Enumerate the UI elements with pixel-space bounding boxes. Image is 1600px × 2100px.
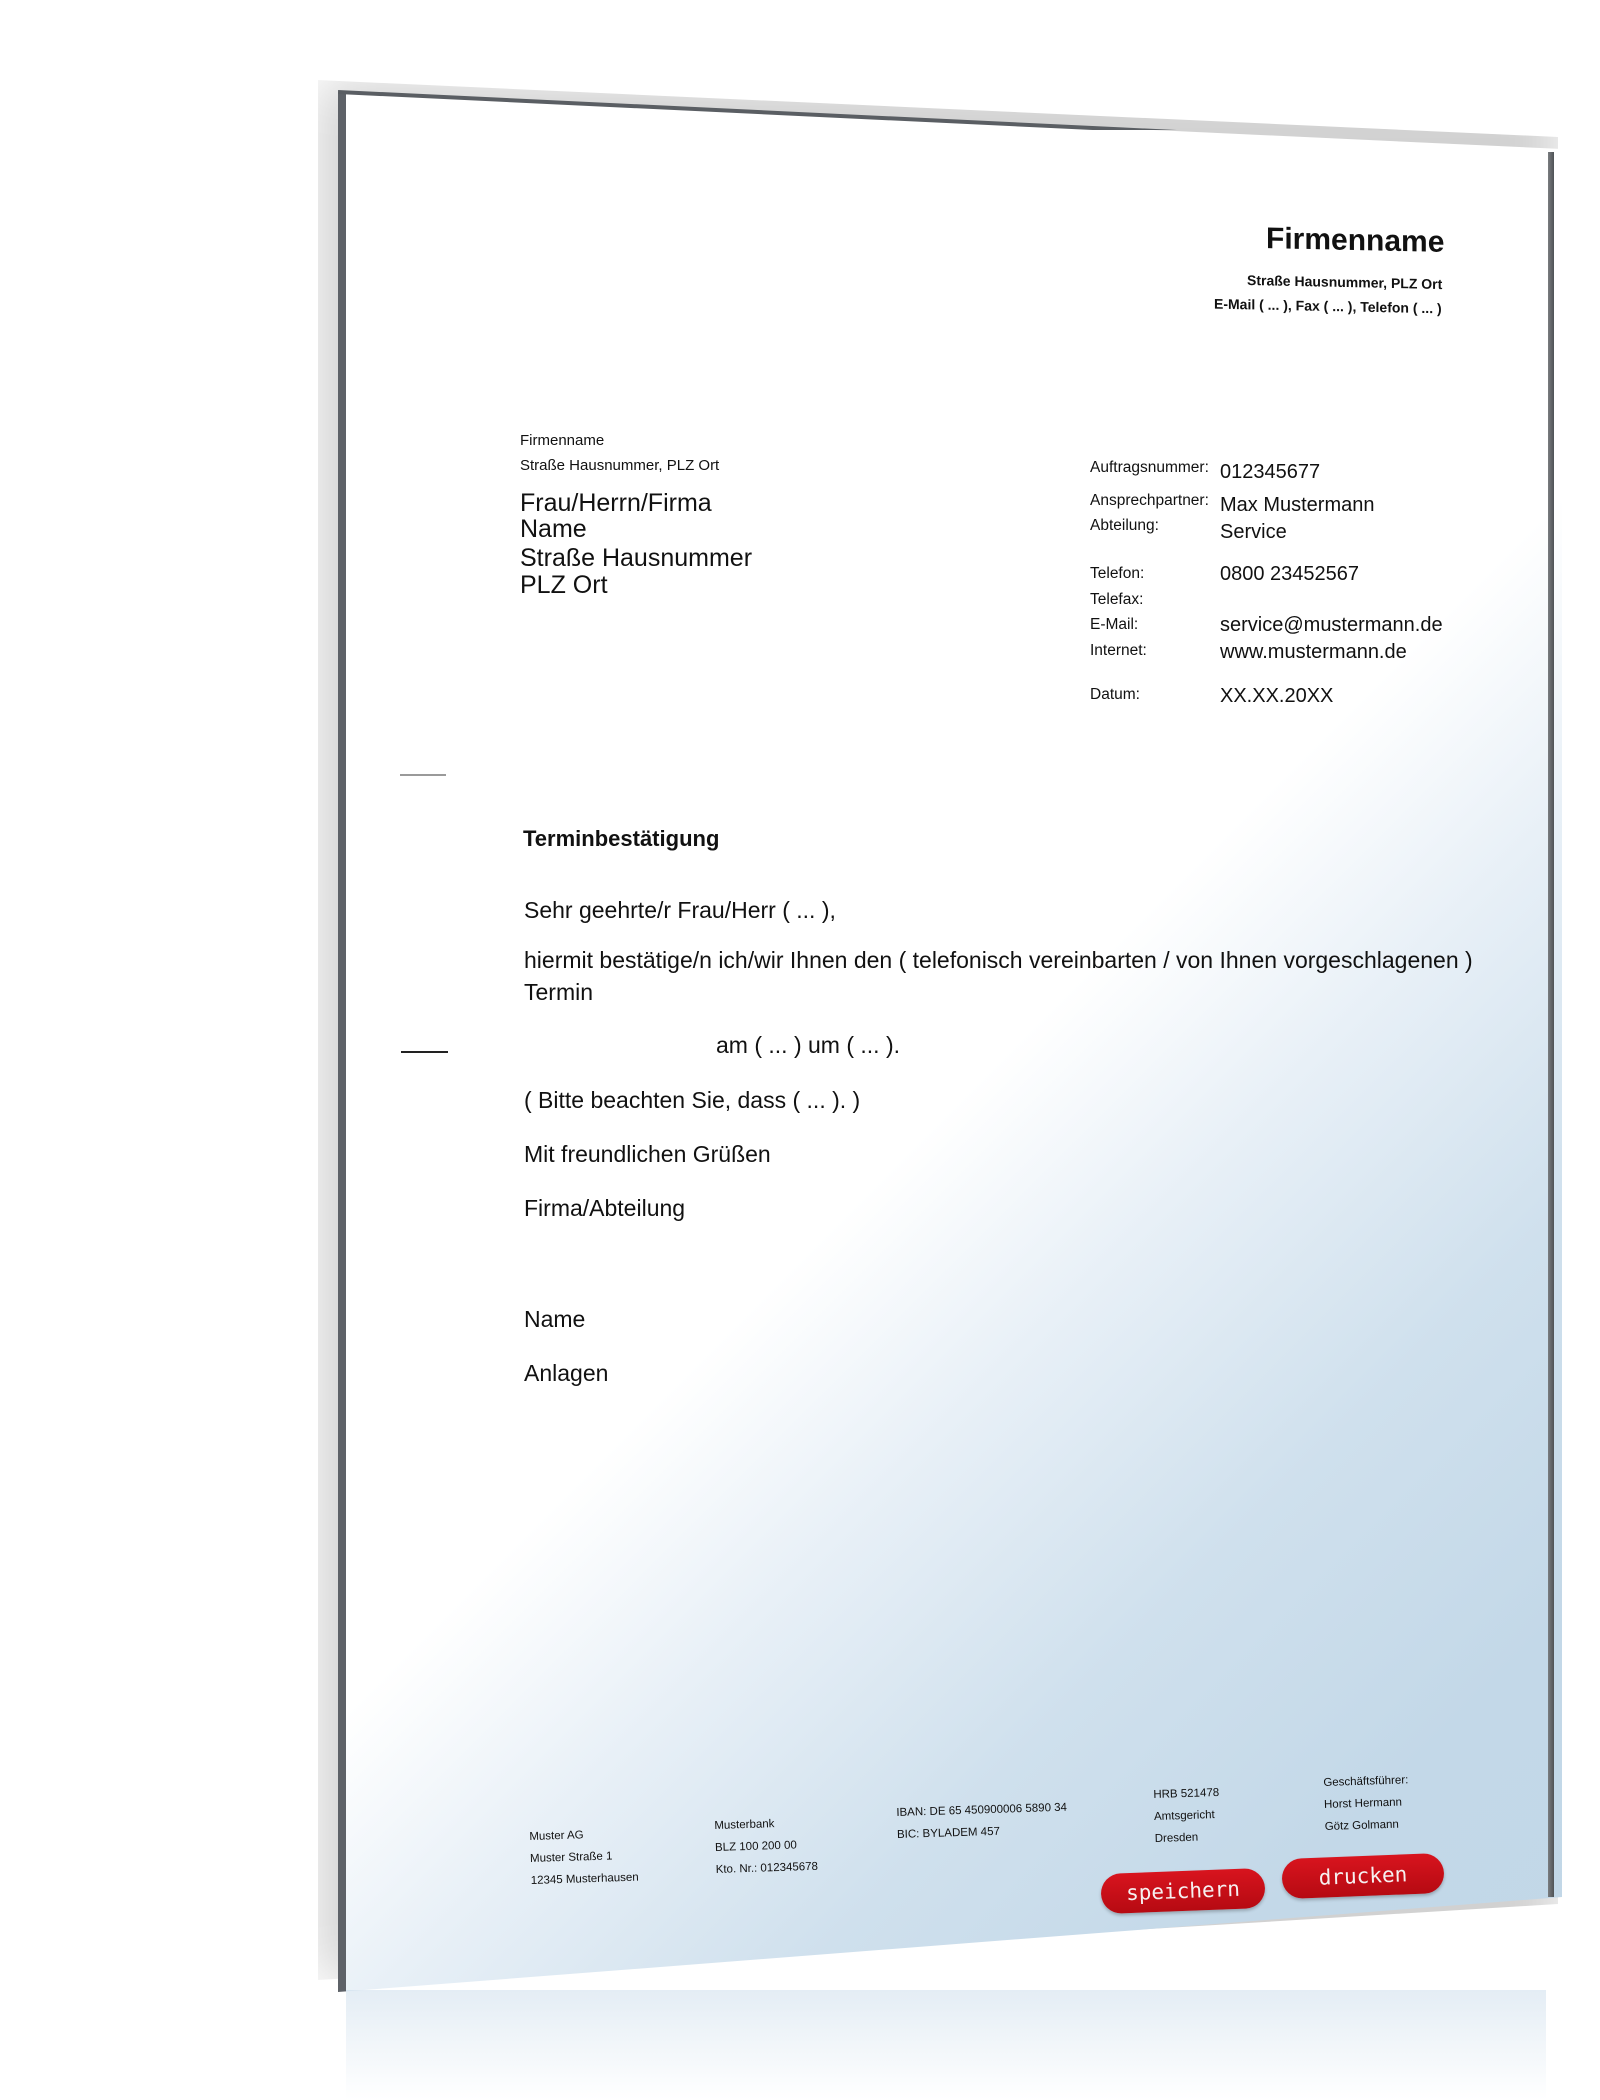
footer-management: Geschäftsführer: Horst Hermann Götz Golm… bbox=[1323, 1769, 1410, 1838]
letter-subject: Terminbestätigung bbox=[523, 826, 719, 852]
letter-appointment: am ( ... ) um ( ... ). bbox=[716, 1032, 900, 1059]
footer-management-line: Horst Hermann bbox=[1324, 1791, 1410, 1816]
sender-name: Firmenname bbox=[520, 432, 604, 449]
footer-iban: IBAN: DE 65 450900006 5890 34 BIC: BYLAD… bbox=[896, 1797, 1068, 1846]
footer-bank-line: BLZ 100 200 00 bbox=[715, 1834, 818, 1859]
print-button[interactable]: drucken bbox=[1281, 1853, 1444, 1899]
letter-intro-line2: Termin bbox=[524, 979, 593, 1006]
footer-register-line: Amtsgericht bbox=[1154, 1804, 1221, 1828]
footer-bank: Musterbank BLZ 100 200 00 Kto. Nr.: 0123… bbox=[714, 1812, 818, 1881]
footer-register-line: HRB 521478 bbox=[1153, 1782, 1220, 1806]
info-label: Datum: bbox=[1090, 686, 1140, 704]
recipient-street: Straße Hausnummer bbox=[520, 544, 752, 572]
info-label: Internet: bbox=[1090, 642, 1147, 660]
info-label: Telefax: bbox=[1090, 591, 1143, 609]
info-label: E-Mail: bbox=[1090, 616, 1138, 634]
footer-register-line: Dresden bbox=[1154, 1826, 1221, 1850]
info-value: 012345677 bbox=[1220, 461, 1320, 484]
footer-company-line: 12345 Musterhausen bbox=[530, 1867, 639, 1892]
header-company-name: Firmenname bbox=[1266, 222, 1444, 260]
info-label: Abteilung: bbox=[1090, 517, 1159, 535]
sheet-edge bbox=[1548, 152, 1554, 1897]
footer-bank-line: Musterbank bbox=[714, 1812, 817, 1837]
document-sheet bbox=[338, 92, 1562, 1992]
info-label: Auftragsnummer: bbox=[1090, 459, 1209, 477]
info-value: 0800 23452567 bbox=[1220, 563, 1359, 586]
letter-attachments: Anlagen bbox=[524, 1360, 608, 1387]
letter-intro-line1: hiermit bestätige/n ich/wir Ihnen den ( … bbox=[524, 947, 1473, 974]
letter-note: ( Bitte beachten Sie, dass ( ... ). ) bbox=[524, 1087, 860, 1114]
sender-address: Straße Hausnummer, PLZ Ort bbox=[520, 457, 719, 474]
info-value: Service bbox=[1220, 521, 1287, 544]
sheet-reflection bbox=[346, 1990, 1546, 2100]
info-value: Max Mustermann bbox=[1220, 494, 1375, 517]
footer-register: HRB 521478 Amtsgericht Dresden bbox=[1153, 1782, 1221, 1850]
save-button[interactable]: speichern bbox=[1100, 1868, 1265, 1914]
info-label: Ansprechpartner: bbox=[1090, 492, 1209, 510]
letter-signature-company: Firma/Abteilung bbox=[524, 1195, 685, 1222]
letter-greeting: Sehr geehrte/r Frau/Herr ( ... ), bbox=[524, 897, 836, 924]
letter-signature-name: Name bbox=[524, 1306, 585, 1333]
letter-closing: Mit freundlichen Grüßen bbox=[524, 1141, 771, 1168]
info-label: Telefon: bbox=[1090, 565, 1144, 583]
footer-management-line: Geschäftsführer: bbox=[1323, 1769, 1409, 1794]
recipient-city: PLZ Ort bbox=[520, 571, 608, 599]
footer-management-line: Götz Golmann bbox=[1324, 1813, 1410, 1838]
recipient-name: Name bbox=[520, 515, 587, 543]
info-value: www.mustermann.de bbox=[1220, 641, 1407, 664]
recipient-salutation: Frau/Herrn/Firma bbox=[520, 489, 712, 517]
fold-mark bbox=[400, 774, 446, 776]
footer-company: Muster AG Muster Straße 1 12345 Musterha… bbox=[529, 1823, 639, 1892]
info-value: service@mustermann.de bbox=[1220, 614, 1443, 637]
footer-bank-line: Kto. Nr.: 012345678 bbox=[715, 1856, 818, 1881]
info-value: XX.XX.20XX bbox=[1220, 685, 1333, 708]
punch-mark bbox=[401, 1051, 448, 1053]
